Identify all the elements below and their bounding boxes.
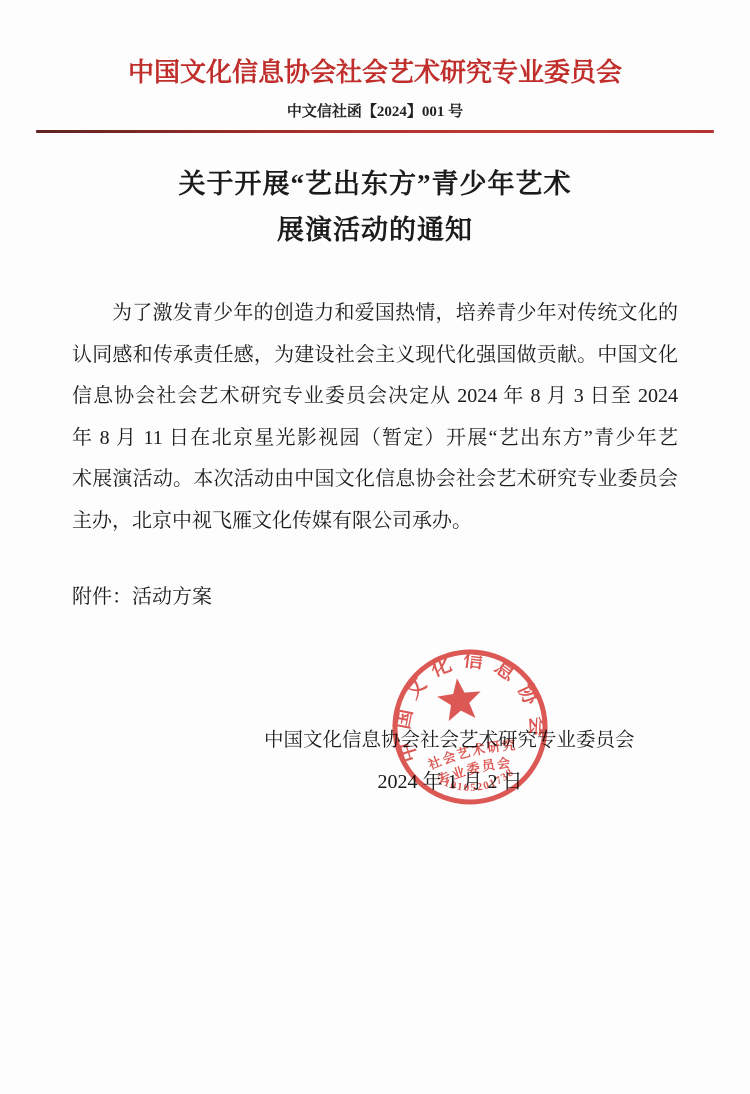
notice-body: 为了激发青少年的创造力和爱国热情，培养青少年对传统文化的 认同感和传承责任感，为… [72,293,678,542]
body-line: 信息协会社会艺术研究专业委员会决定从 2024 年 8 月 3 日至 2024 [72,376,678,418]
org-title: 中国文化信息协会社会艺术研究专业委员会 [0,0,750,89]
notice-title-line2: 展演活动的通知 [0,207,750,253]
attachment-line: 附件：活动方案 [72,580,750,609]
body-line: 术展演活动。本次活动由中国文化信息协会社会艺术研究专业委员会 [72,459,678,501]
body-line: 认同感和传承责任感，为建设社会主义现代化强国做贡献。中国文化 [72,335,678,377]
seal-star [435,676,484,723]
official-seal: 中国文化信息协会 社会艺术研究 专业委员会 110105201738 [370,627,571,828]
notice-title: 关于开展“艺出东方”青少年艺术 展演活动的通知 [0,161,750,253]
body-line: 年 8 月 11 日在北京星光影视园（暂定）开展“艺出东方”青少年艺 [72,418,678,460]
scanned-notice-document: 中国文化信息协会社会艺术研究专业委员会 中文信社函【2024】001 号 关于开… [0,0,750,1094]
doc-number: 中文信社函【2024】001 号 [0,100,750,121]
notice-title-line1: 关于开展“艺出东方”青少年艺术 [0,161,750,207]
body-line: 为了激发青少年的创造力和爱国热情，培养青少年对传统文化的 [72,293,678,335]
body-line: 主办，北京中视飞雁文化传媒有限公司承办。 [72,501,678,543]
red-divider-rule [36,130,714,133]
